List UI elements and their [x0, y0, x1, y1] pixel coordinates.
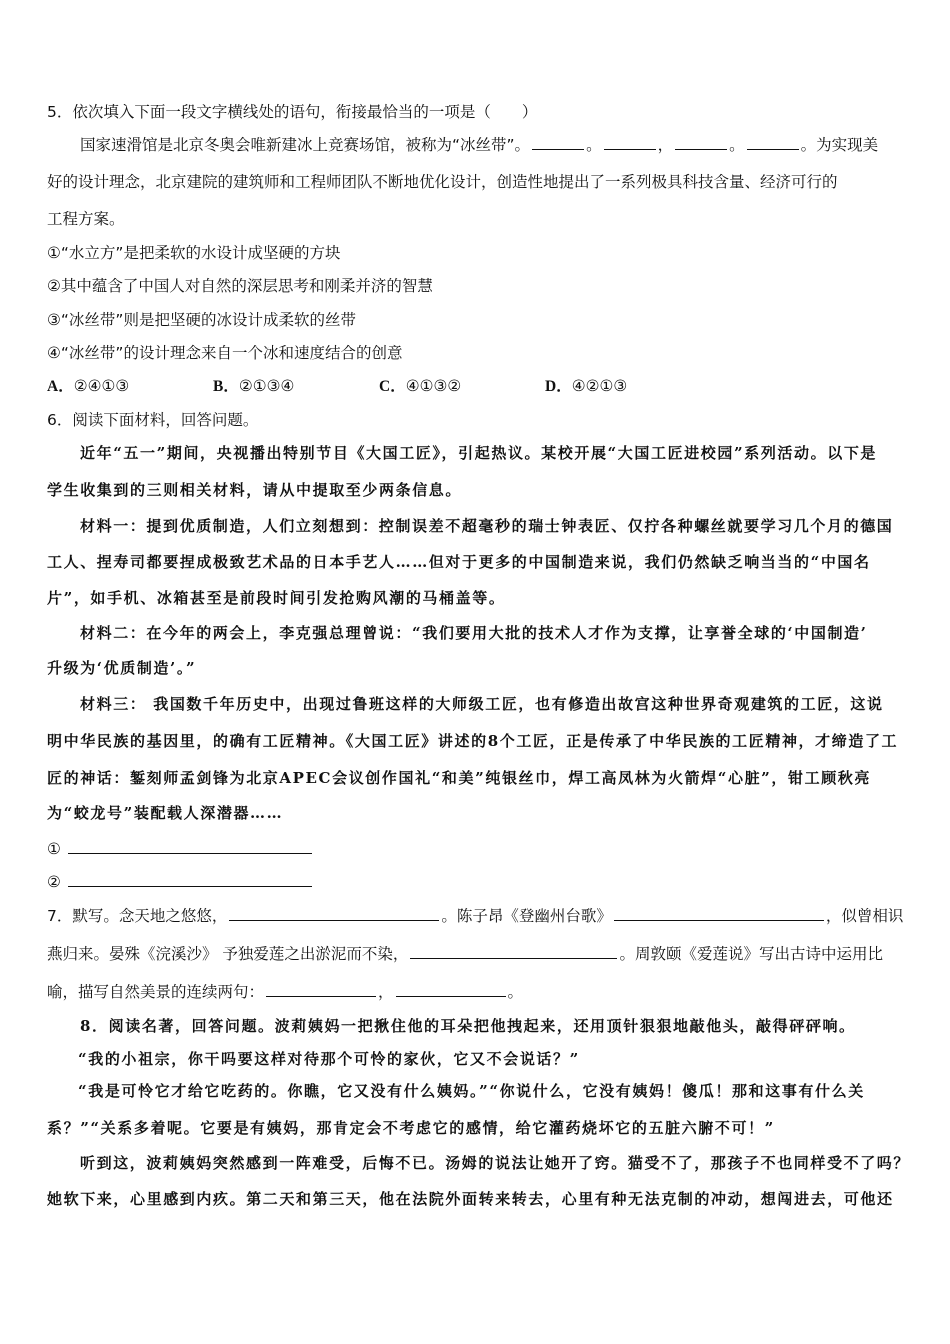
option-value: ②①③④ [239, 377, 295, 395]
q5-passage-text: 国家速滑馆是北京冬奥会唯新建冰上竞赛场馆，被称为“冰丝带”。 [80, 136, 530, 154]
q6-intro-line1: 近年“五一”期间，央视播出特别节目《大国工匠》，引起热议。某校开展“大国工匠进校… [80, 442, 877, 464]
option-value: ④②①③ [572, 377, 628, 395]
q6-intro-line2: 学生收集到的三则相关材料，请从中提取至少两条信息。 [47, 479, 462, 501]
q5-passage-end: 。为实现美 [801, 136, 879, 154]
q6-stem: 6．阅读下面材料，回答问题。 [47, 409, 258, 431]
q7-text: 。陈子昂《登幽州台歌》 [441, 907, 612, 925]
q5-option-c[interactable]: C．④①③② [379, 375, 545, 398]
q5-passage-line1: 国家速滑馆是北京冬奥会唯新建冰上竞赛场馆，被称为“冰丝带”。。，。。为实现美 [80, 134, 878, 156]
q5-sentence-4: ④“冰丝带”的设计理念来自一个冰和速度结合的创意 [47, 342, 402, 364]
option-value: ②④①③ [74, 377, 130, 395]
q7-text: 喻，描写自然美景的连续两句： [47, 983, 264, 1001]
q5-sep: ， [658, 136, 674, 154]
q8-line3: “我是可怜它才给它吃药的。你瞧，它又没有什么姨妈。”“你说什么，它没有姨妈！傻瓜… [78, 1080, 865, 1102]
q5-passage-line2: 好的设计理念，北京建院的建筑师和工程师团队不断地优化设计，创造性地提出了一系列极… [47, 171, 838, 193]
q6-answer-2: ② [47, 871, 314, 893]
q6-material3-line2: 明中华民族的基因里，的确有工匠精神。《大国工匠》讲述的8个工匠，正是传承了中华民… [47, 730, 898, 752]
q5-passage-line3: 工程方案。 [47, 208, 125, 230]
q5-stem: 5．依次填入下面一段文字横线处的语句，衔接最恰当的一项是（ ） [47, 101, 537, 123]
q7-blank-4[interactable] [266, 982, 376, 997]
option-label: D． [545, 378, 572, 395]
q5-sep: 。 [729, 136, 745, 154]
q6-material1-line2: 工人、捏寿司都要捏成极致艺术品的日本手艺人……但对于更多的中国制造来说，我们仍然… [47, 551, 871, 573]
q8-line6: 她软下来，心里感到内疚。第二天和第三天，他在法院外面转来转去，心里有种无法克制的… [47, 1188, 894, 1210]
q6-material2-line2: 升级为‘优质制造’。” [47, 657, 196, 679]
q8-line4: 系？”“关系多着呢。它要是有姨妈，那肯定会不考虑它的感情，给它灌药烧坏它的五脏六… [47, 1117, 775, 1139]
q6-material2-line1: 材料二：在今年的两会上，李克强总理曾说：“我们要用大批的技术人才作为支撑，让享誉… [80, 622, 867, 644]
q6-material3-line1: 材料三： 我国数千年历史中，出现过鲁班这样的大师级工匠，也有修造出故宫这种世界奇… [80, 693, 884, 715]
q7-line2: 燕归来。晏殊《浣溪沙》 予独爱莲之出淤泥而不染，。周敦颐《爱莲说》写出古诗中运用… [47, 943, 883, 965]
answer-mark: ① [47, 840, 61, 858]
q6-answer-blank-2[interactable] [68, 872, 312, 887]
q5-sentence-1: ①“水立方”是把柔软的水设计成坚硬的方块 [47, 242, 340, 264]
q6-material1-line1: 材料一：提到优质制造，人们立刻想到：控制误差不超毫秒的瑞士钟表匠、仅拧各种螺丝就… [80, 515, 893, 537]
q5-option-a[interactable]: A．②④①③ [47, 375, 213, 398]
q7-text: 。 [508, 983, 524, 1001]
q5-blank-2[interactable] [604, 135, 656, 150]
q7-text: ，似曾相识 [826, 907, 904, 925]
q7-line3: 喻，描写自然美景的连续两句：，。 [47, 981, 523, 1003]
option-label: B． [213, 378, 239, 395]
q5-sentence-2: ②其中蕴含了中国人对自然的深层思考和刚柔并济的智慧 [47, 275, 433, 297]
option-label: A． [47, 378, 74, 395]
q5-blank-4[interactable] [747, 135, 799, 150]
q6-answer-1: ① [47, 838, 314, 860]
q7-blank-1[interactable] [229, 906, 439, 921]
q5-blank-1[interactable] [532, 135, 584, 150]
q5-option-b[interactable]: B．②①③④ [213, 375, 379, 398]
q7-blank-2[interactable] [614, 906, 824, 921]
q5-options: A．②④①③B．②①③④C．④①③②D．④②①③ [47, 375, 711, 397]
option-label: C． [379, 378, 406, 395]
q6-material3-line3: 匠的神话：錾刻师孟剑锋为北京APEC会议创作国礼“和美”纯银丝巾，焊工高凤林为火… [47, 767, 871, 789]
q6-material3-line4: 为“蛟龙号”装配载人深潜器…… [47, 802, 283, 824]
q7-text: 7．默写。念天地之悠悠， [47, 907, 227, 925]
q8-line2: “我的小祖宗，你干吗要这样对待那个可怜的家伙，它又不会说话？” [78, 1048, 580, 1070]
q7-text: ， [378, 983, 394, 1001]
q8-line5: 听到这，波莉姨妈突然感到一阵难受，后悔不已。汤姆的说法让她开了窍。猫受不了，那孩… [80, 1152, 910, 1174]
q5-option-d[interactable]: D．④②①③ [545, 375, 711, 398]
q6-material1-line3: 片”，如手机、冰箱甚至是前段时间引发抢购风潮的马桶盖等。 [47, 587, 505, 609]
q6-answer-blank-1[interactable] [68, 839, 312, 854]
q7-blank-3[interactable] [410, 944, 617, 959]
q5-blank-3[interactable] [675, 135, 727, 150]
answer-mark: ② [47, 873, 61, 891]
q7-text: 燕归来。晏殊《浣溪沙》 予独爱莲之出淤泥而不染， [47, 945, 408, 963]
q7-blank-5[interactable] [396, 982, 506, 997]
q5-sep: 。 [586, 136, 602, 154]
q5-sentence-3: ③“冰丝带”则是把坚硬的冰设计成柔软的丝带 [47, 309, 356, 331]
q8-line1: 8．阅读名著，回答问题。波莉姨妈一把揪住他的耳朵把他拽起来，还用顶针狠狠地敲他头… [80, 1015, 856, 1037]
option-value: ④①③② [406, 377, 462, 395]
q7-text: 。周敦颐《爱莲说》写出古诗中运用比 [619, 945, 883, 963]
q7-line1: 7．默写。念天地之悠悠，。陈子昂《登幽州台歌》，似曾相识 [47, 905, 903, 927]
